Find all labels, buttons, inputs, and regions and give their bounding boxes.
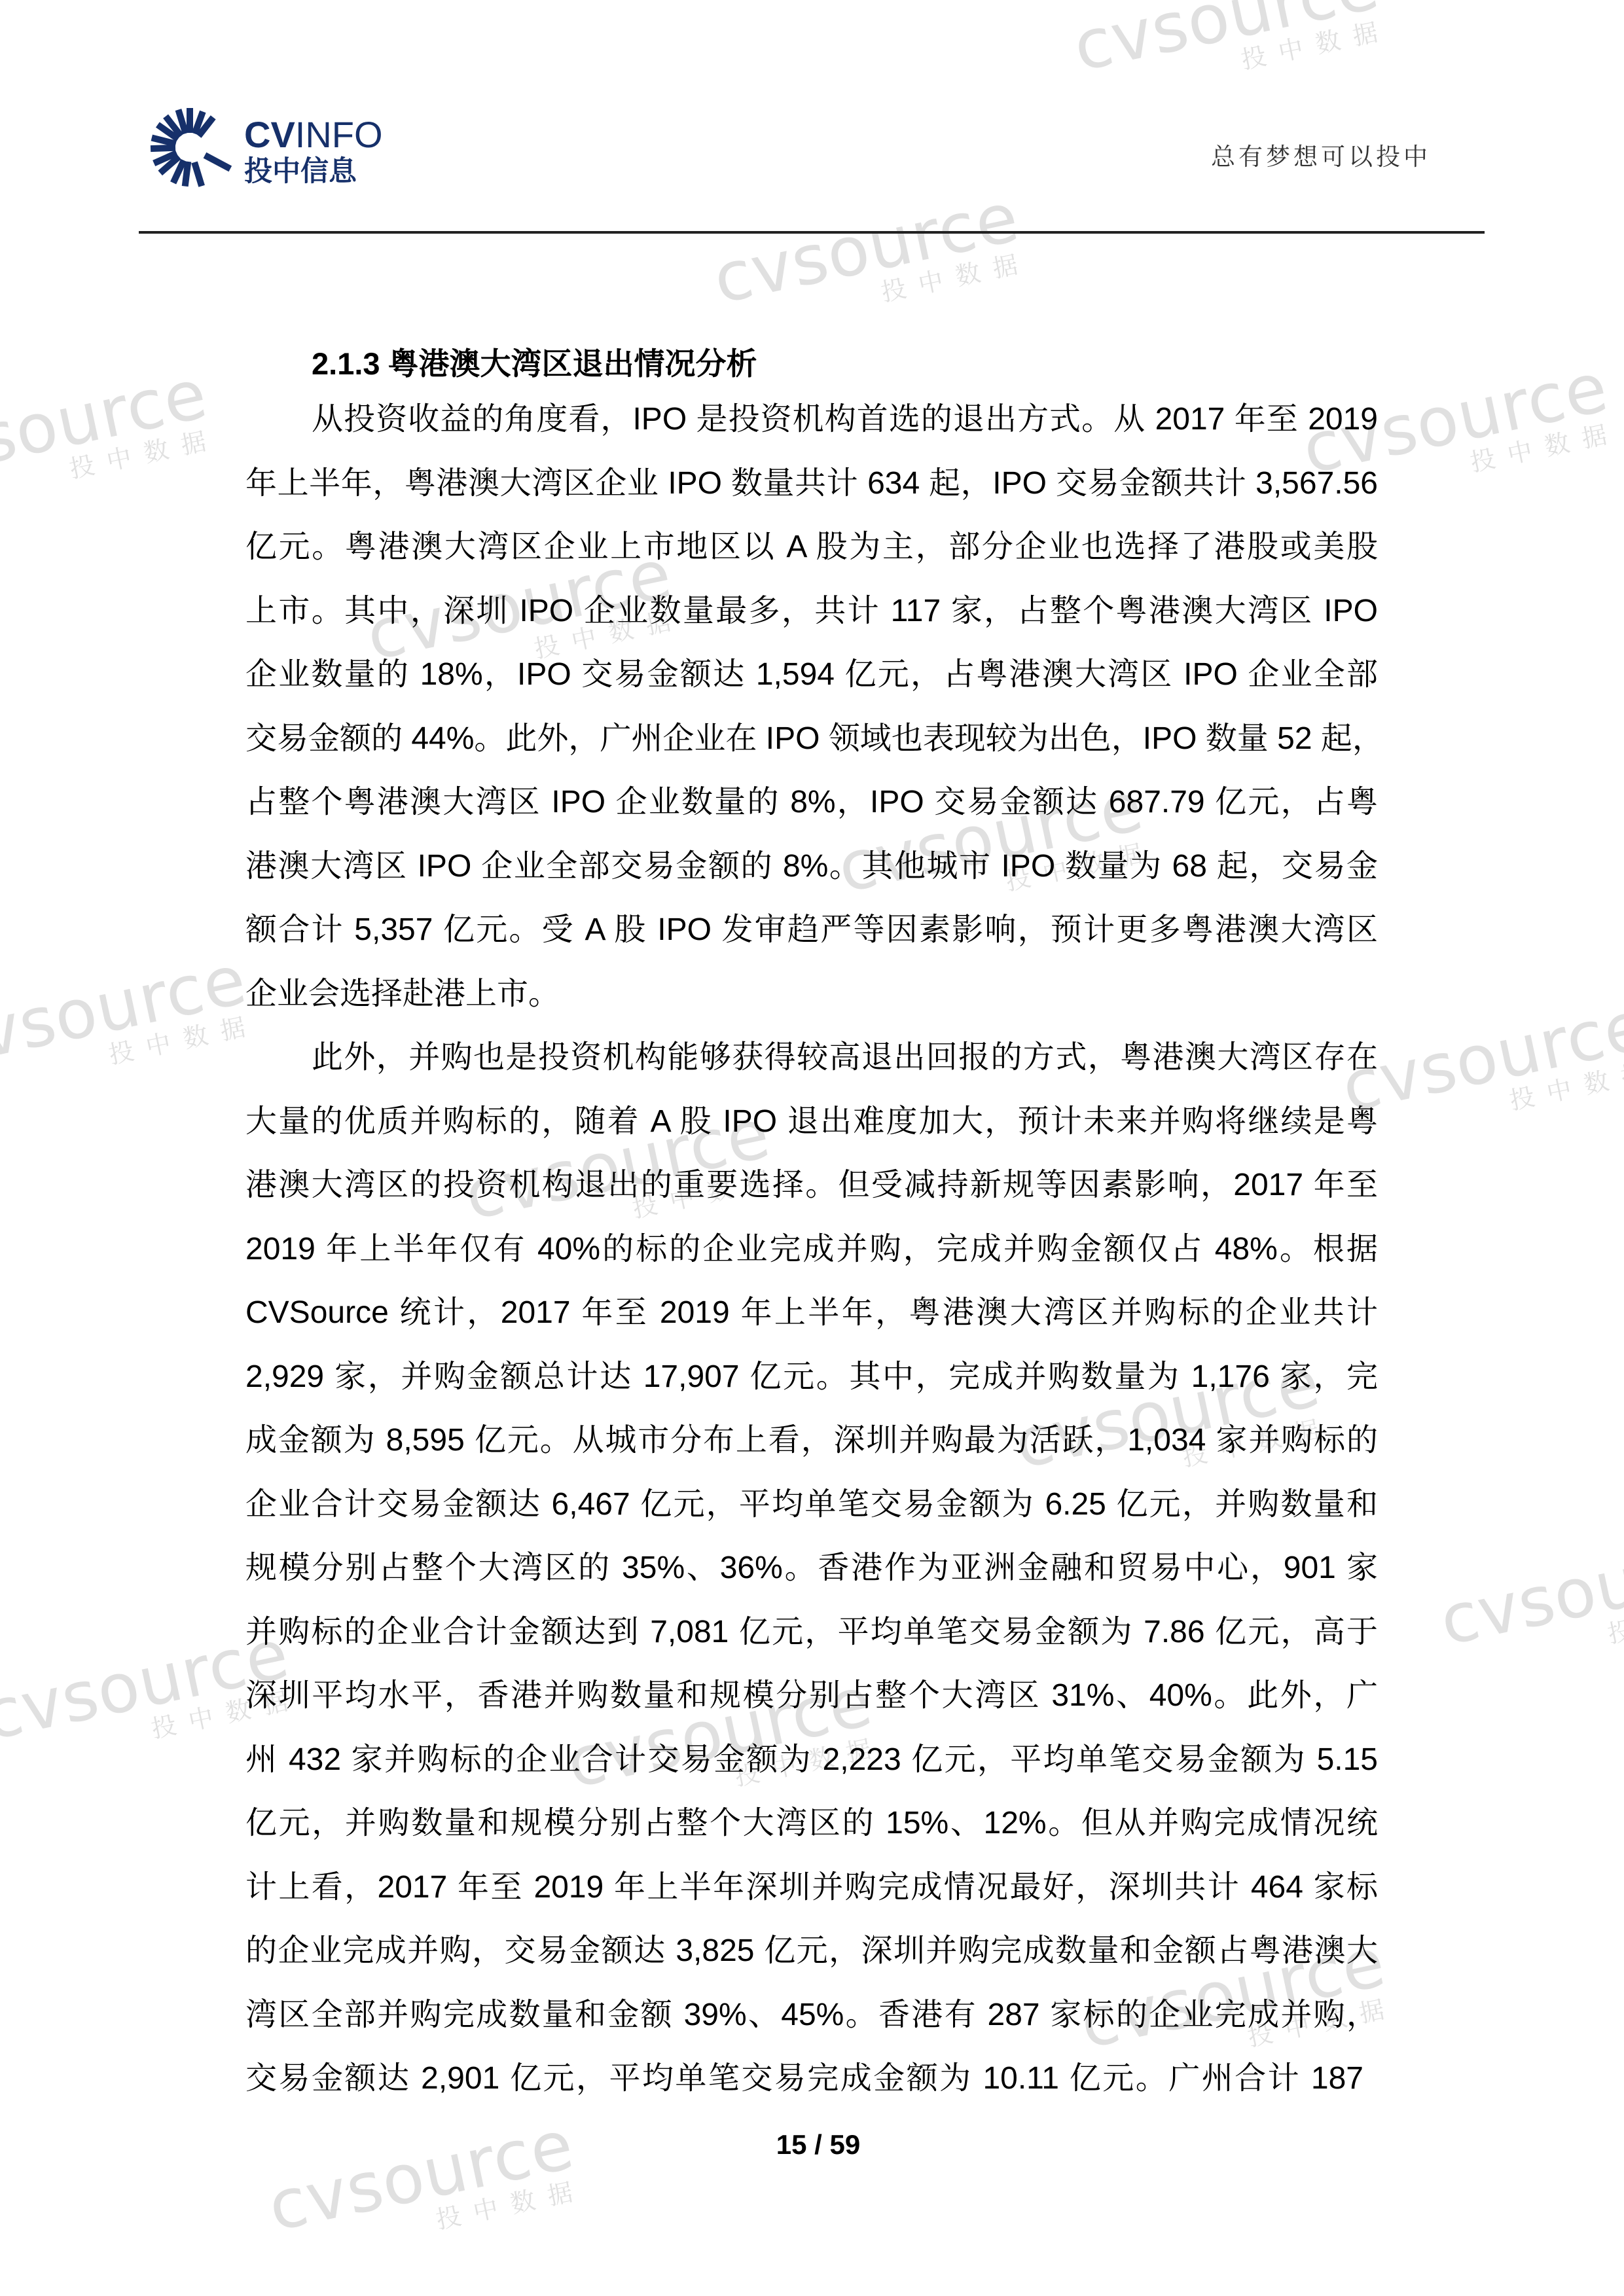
header-tagline: 总有梦想可以投中	[1211, 145, 1431, 169]
watermark: CVSource投中数据	[1068, 0, 1394, 108]
page-number: 15 / 59	[0, 2131, 1624, 2159]
text-line: 港澳大湾区的投资机构退出的重要选择。但受减持新规等因素影响，2017 年至	[245, 1153, 1378, 1217]
brand-name-en-light: INFO	[295, 114, 383, 155]
text-line: 大量的优质并购标的，随着 A 股 IPO 退出难度加大，预计未来并购将继续是粤	[245, 1090, 1378, 1154]
header-divider	[139, 231, 1485, 234]
watermark: CVSource投中数据	[0, 946, 261, 1103]
text-line: 湾区全部并购完成数量和金额 39%、45%。香港有 287 家标的企业完成并购，	[245, 1983, 1378, 2047]
section-title: 粤港澳大湾区退出情况分析	[388, 346, 757, 381]
brand-name-en-bold: CV	[244, 114, 295, 155]
text-line: 州 432 家并购标的企业合计交易金额为 2,223 亿元，平均单笔交易金额为 …	[245, 1728, 1378, 1792]
text-line: 并购标的企业合计金额达到 7,081 亿元，平均单笔交易金额为 7.86 亿元，…	[245, 1600, 1378, 1664]
text-line: 港澳大湾区 IPO 企业全部交易金额的 8%。其他城市 IPO 数量为 68 起…	[245, 834, 1378, 899]
text-line: 2019 年上半年仅有 40%的标的企业完成并购，完成并购金额仅占 48%。根据	[245, 1217, 1378, 1282]
paragraph: 从投资收益的角度看，IPO 是投资机构首选的退出方式。从 2017 年至 201…	[245, 387, 1378, 1026]
text-line: 交易金额达 2,901 亿元，平均单笔交易完成金额为 10.11 亿元。广州合计…	[245, 2047, 1378, 2111]
watermark: CVSource投中数据	[708, 183, 1034, 340]
text-line: 上市。其中，深圳 IPO 企业数量最多，共计 117 家，占整个粤港澳大湾区 I…	[245, 579, 1378, 643]
text-line: 的企业完成并购，交易金额达 3,825 亿元，深圳并购完成数量和金额占粤港澳大	[245, 1919, 1378, 1983]
watermark: CVSource投中数据	[1435, 1525, 1624, 1682]
watermark: CVSource投中数据	[1337, 992, 1624, 1149]
text-line: 占整个粤港澳大湾区 IPO 企业数量的 8%，IPO 交易金额达 687.79 …	[245, 770, 1378, 834]
text-line: 深圳平均水平，香港并购数量和规模分别占整个大湾区 31%、40%。此外，广	[245, 1664, 1378, 1728]
text-line: 规模分别占整个大湾区的 35%、36%。香港作为亚洲金融和贸易中心，901 家	[245, 1536, 1378, 1600]
section-heading: 2.1.3粤港澳大湾区退出情况分析	[312, 348, 757, 379]
paragraph: 此外，并购也是投资机构能够获得较高退出回报的方式，粤港澳大湾区存在 大量的优质并…	[245, 1026, 1378, 2111]
text-line: 2,929 家，并购金额总计达 17,907 亿元。其中，完成并购数量为 1,1…	[245, 1345, 1378, 1409]
text-line: 亿元。粤港澳大湾区企业上市地区以 A 股为主，部分企业也选择了港股或美股	[245, 515, 1378, 579]
text-line: 企业会选择赴港上市。	[245, 962, 1378, 1026]
text-line: 企业数量的 18%，IPO 交易金额达 1,594 亿元，占粤港澳大湾区 IPO…	[245, 643, 1378, 707]
text-line: 计上看，2017 年至 2019 年上半年深圳并购完成情况最好，深圳共计 464…	[245, 1856, 1378, 1920]
text-line: 从投资收益的角度看，IPO 是投资机构首选的退出方式。从 2017 年至 201…	[245, 387, 1378, 452]
text-line: CVSource 统计，2017 年至 2019 年上半年，粤港澳大湾区并购标的…	[245, 1281, 1378, 1345]
section-number: 2.1.3	[312, 346, 380, 381]
text-line: 交易金额的 44%。此外，广州企业在 IPO 领域也表现较为出色，IPO 数量 …	[245, 707, 1378, 771]
text-line: 年上半年，粤港澳大湾区企业 IPO 数量共计 634 起，IPO 交易金额共计 …	[245, 452, 1378, 516]
watermark: CVSource投中数据	[0, 360, 221, 517]
text-line: 企业合计交易金额达 6,467 亿元，平均单笔交易金额为 6.25 亿元，并购数…	[245, 1473, 1378, 1537]
text-line: 额合计 5,357 亿元。受 A 股 IPO 发审趋严等因素影响，预计更多粤港澳…	[245, 898, 1378, 962]
brand-name-cn: 投中信息	[244, 158, 357, 186]
brand-name-en: CVINFO	[244, 117, 383, 153]
text-line: 亿元，并购数量和规模分别占整个大湾区的 15%、12%。但从并购完成情况统	[245, 1791, 1378, 1856]
cvinfo-sunburst-icon	[149, 107, 237, 188]
text-line: 成金额为 8,595 亿元。从城市分布上看，深圳并购最为活跃，1,034 家并购…	[245, 1408, 1378, 1473]
text-line: 此外，并购也是投资机构能够获得较高退出回报的方式，粤港澳大湾区存在	[245, 1026, 1378, 1090]
section-body: 从投资收益的角度看，IPO 是投资机构首选的退出方式。从 2017 年至 201…	[245, 387, 1378, 2111]
